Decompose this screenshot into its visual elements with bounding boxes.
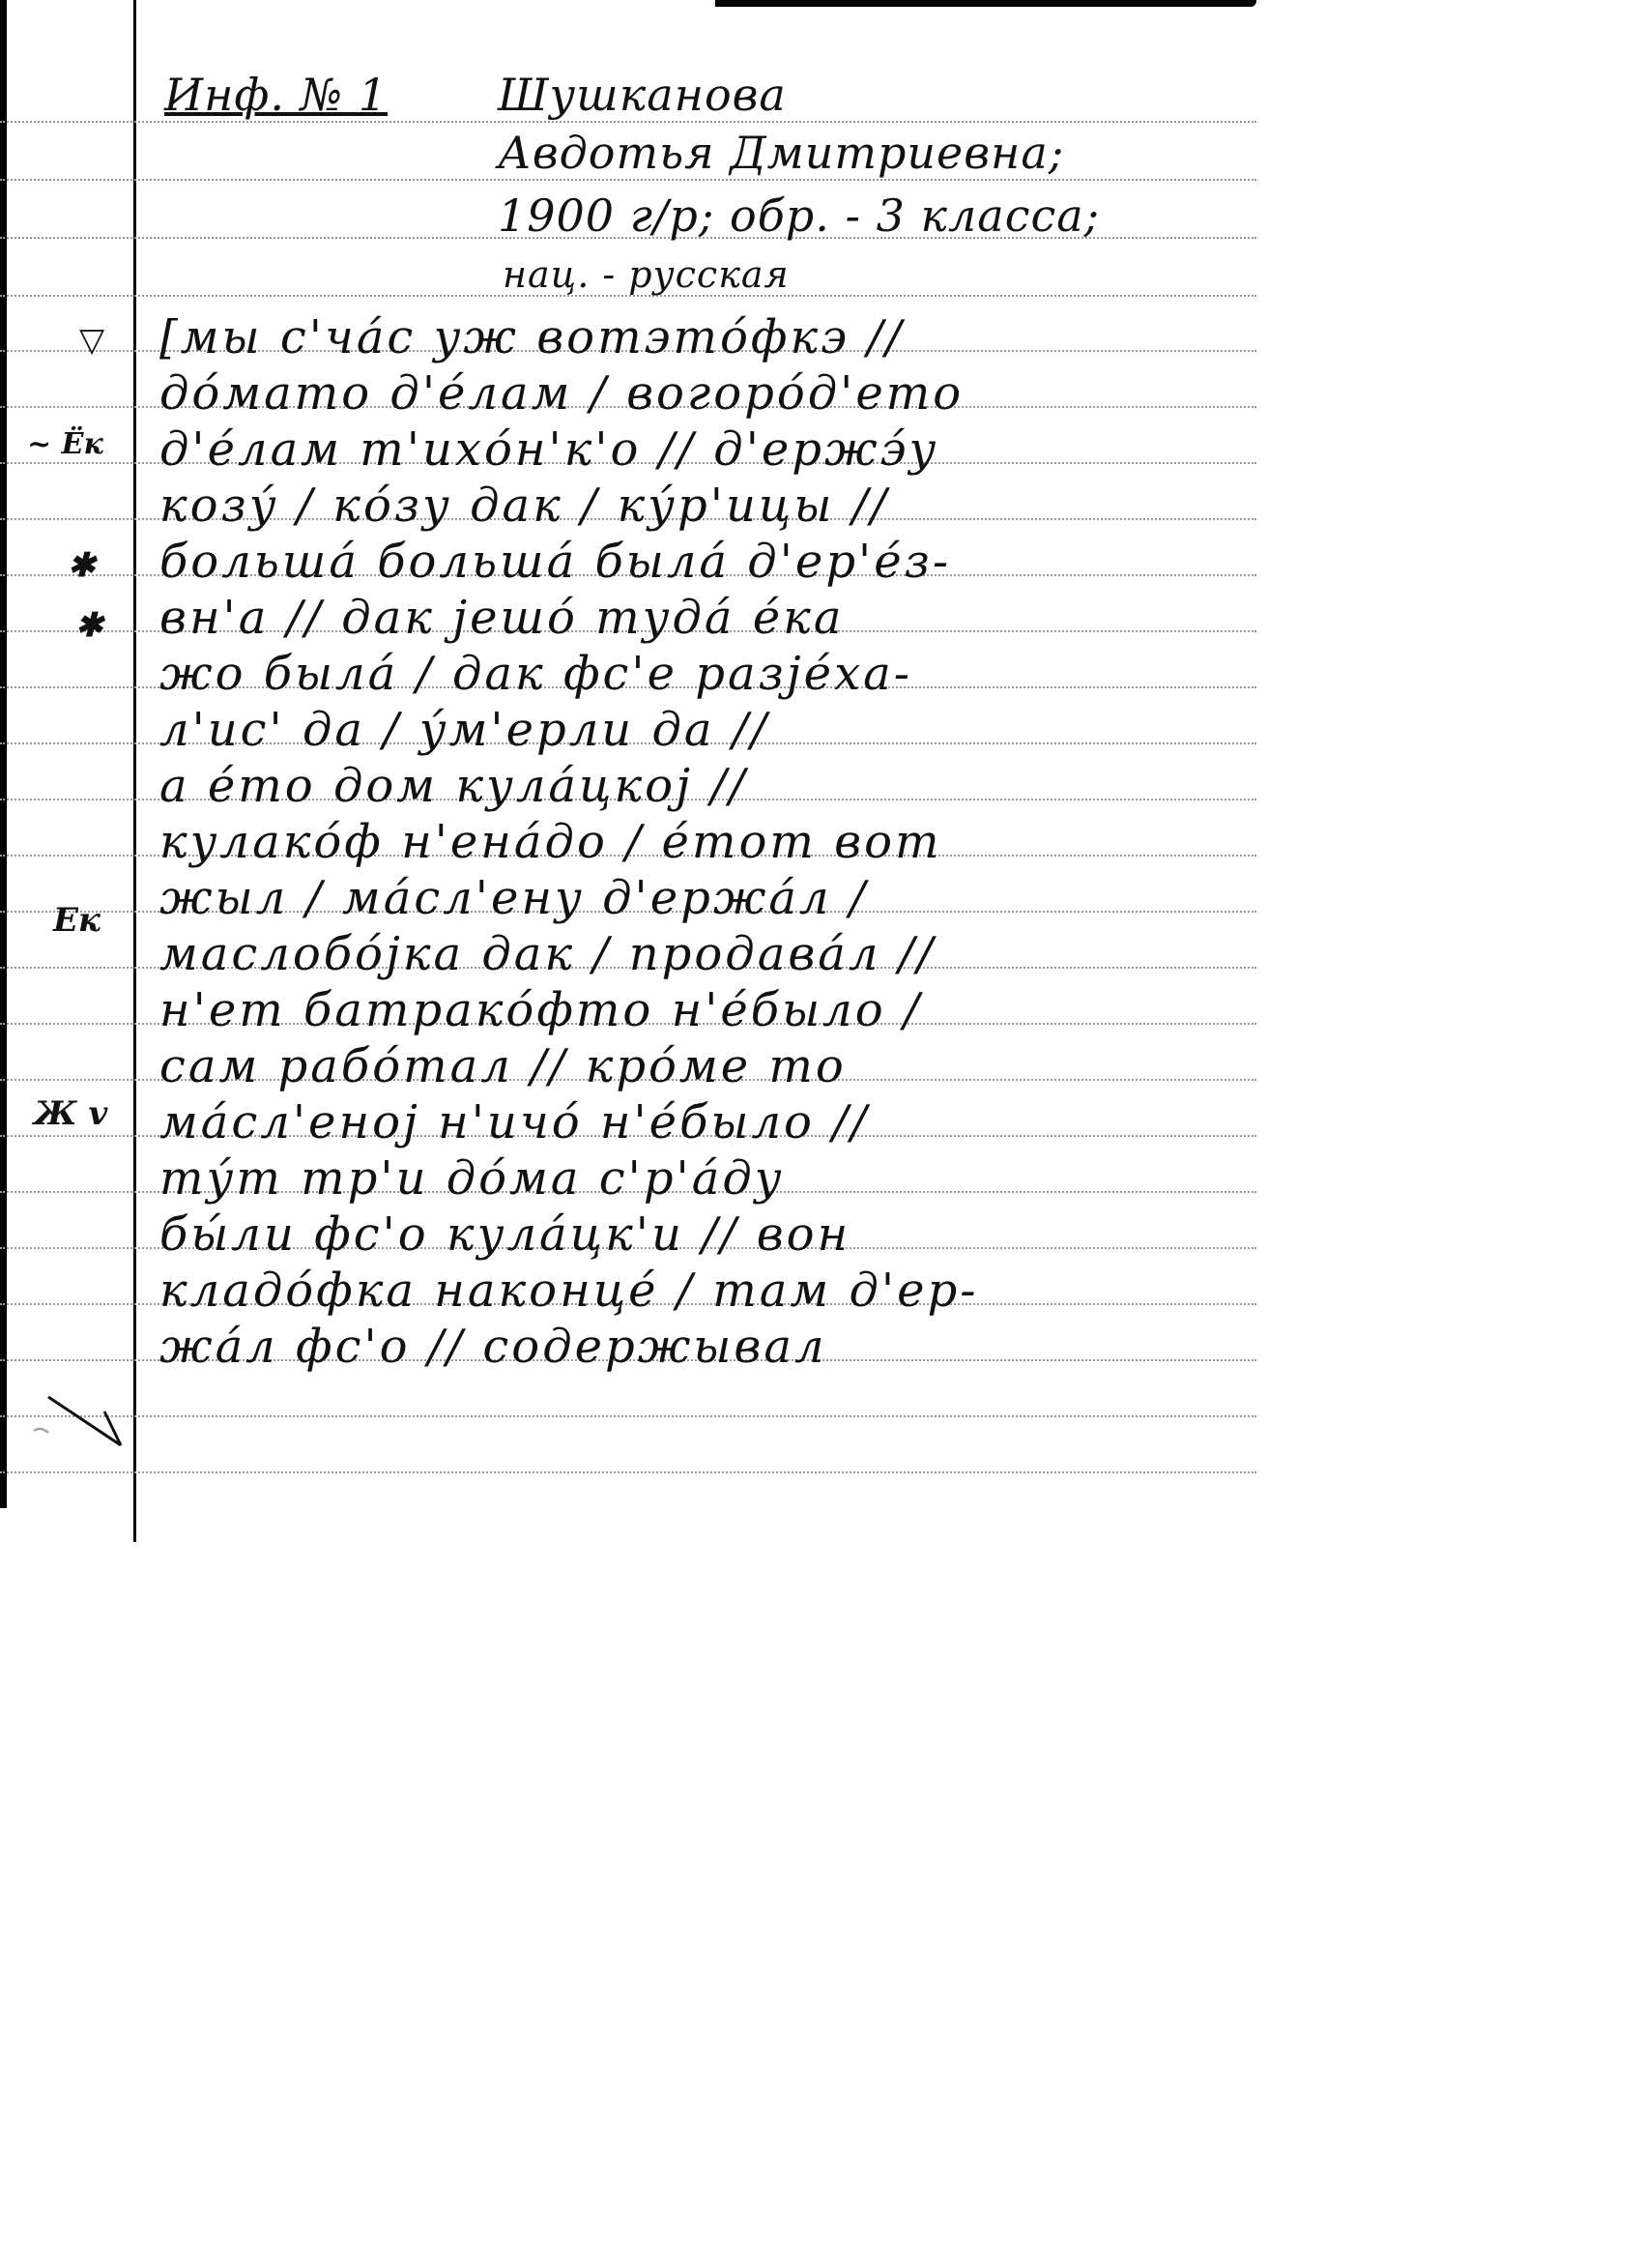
margin-mark-asterisk: ✱	[75, 609, 103, 642]
transcript-line: а е́то дом кула́цкој //	[159, 763, 748, 809]
informant-nationality: нац. - русская	[503, 256, 790, 293]
transcript-line: жо была́ / дак фс'е разjе́ха-	[159, 651, 912, 697]
transcript-line: вн'а // дак jешо́ туда́ е́ка	[159, 595, 844, 641]
transcript-line: кулако́ф н'ена́до / е́тот вот	[159, 819, 941, 865]
transcript-line: сам рабо́тал // кро́ме то	[159, 1043, 847, 1090]
transcript-line: д'е́лам т'ихо́н'к'о // д'ержэ́у	[159, 426, 938, 473]
margin-line	[133, 0, 136, 1542]
scanned-notebook-page: Инф. № 1 Шушканова Авдотья Дмитриевна; 1…	[0, 0, 1643, 2268]
transcript-line: кладо́фка наконце́ / там д'ер-	[159, 1267, 978, 1314]
transcript-line: жа́л фс'о // содержывал	[159, 1323, 827, 1370]
transcript-line: жыл / ма́сл'ену д'ержа́л /	[159, 875, 868, 921]
margin-mark-asterisk: ✱	[68, 549, 96, 582]
margin-mark-triangle: ▽	[79, 324, 104, 357]
informant-surname: Шушканова	[498, 73, 787, 117]
page-top-edge-shadow	[715, 0, 1256, 7]
margin-mark-annotation: Ж v	[34, 1097, 107, 1130]
page-left-edge-shadow	[0, 0, 7, 1508]
transcript-line: козу́ / ко́зу дак / ку́р'ицы //	[159, 482, 889, 529]
margin-mark-annotation: ~ Ёк	[27, 430, 103, 459]
transcript-line: до́мато д'е́лам / вогоро́д'ето	[159, 370, 964, 417]
transcript-line: л'ис' да / у́м'ерли да //	[159, 707, 769, 753]
transcript-line: бы́ли фс'о кула́цк'и // вон	[159, 1211, 850, 1258]
transcript-line: больша́ больша́ была́ д'ер'е́з-	[159, 538, 951, 585]
informant-birth-education: 1900 г/р; обр. - 3 класса;	[498, 193, 1100, 238]
ruled-line	[0, 1471, 1256, 1473]
margin-checkmark-icon	[29, 1392, 135, 1460]
transcript-line: маслобо́јка дак / продава́л //	[159, 931, 936, 977]
transcript-line: н'ет батрако́фто н'е́было /	[159, 987, 922, 1033]
ruled-line	[0, 121, 1256, 123]
ruled-line	[0, 179, 1256, 181]
transcript-line: [мы с'ча́с уж вотэто́фкэ //	[159, 314, 905, 361]
informant-label: Инф. № 1	[164, 73, 388, 117]
transcript-line: ма́сл'еној н'ичо́ н'е́было //	[159, 1099, 870, 1146]
transcript-line: ту́т тр'и до́ма с'р'а́ду	[159, 1155, 785, 1202]
ruled-line	[0, 1415, 1256, 1417]
margin-mark-annotation: Ек	[53, 904, 101, 937]
informant-name: Авдотья Дмитриевна;	[498, 131, 1064, 175]
